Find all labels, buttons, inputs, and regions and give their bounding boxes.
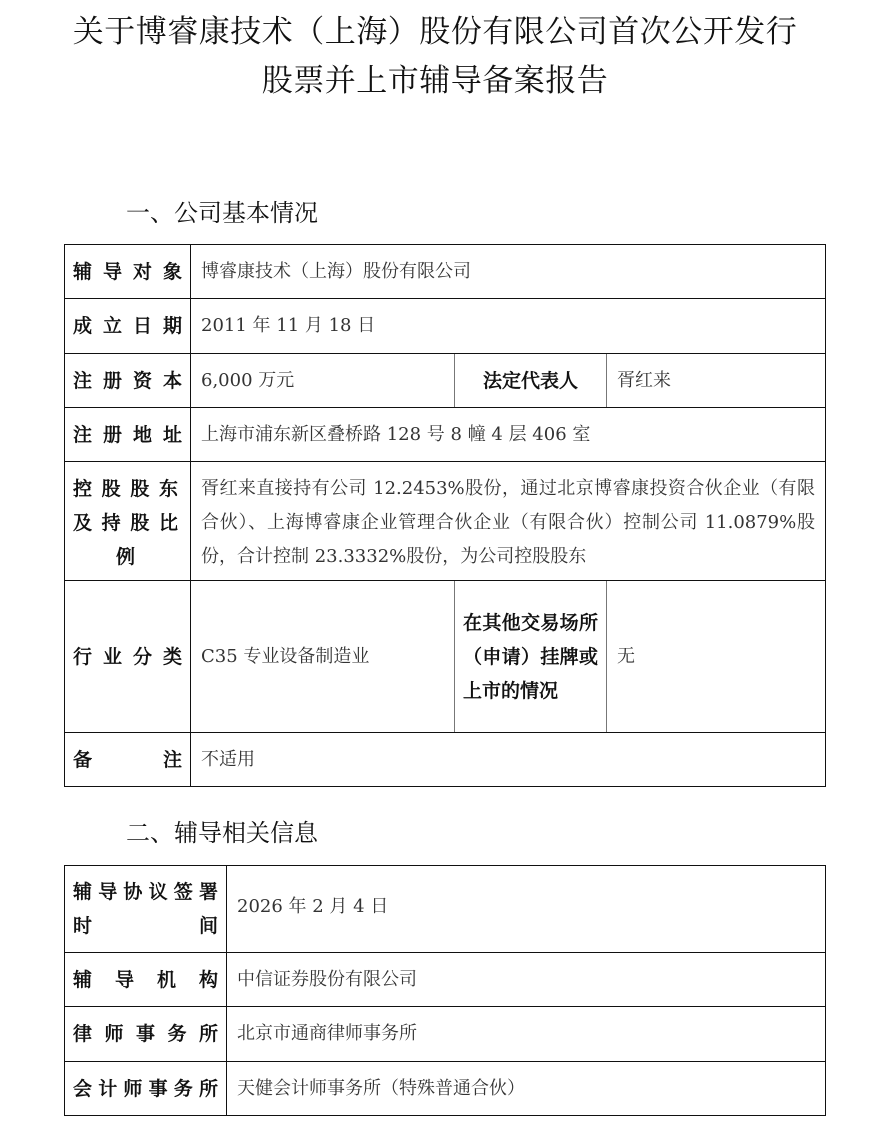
label-industry: 行业分类 — [65, 581, 191, 733]
label-remarks-b: 注 — [163, 743, 182, 777]
value-address: 上海市浦东新区叠桥路 128 号 8 幢 4 层 406 室 — [191, 408, 826, 462]
label-remarks-a: 备 — [73, 743, 92, 777]
label-subject: 辅导对象 — [65, 245, 191, 299]
label-agreement-date-b: 间 — [199, 909, 218, 943]
label-agreement-date: 辅导协议签署 时 间 — [65, 866, 227, 953]
company-basic-info-table: 辅导对象 博睿康技术（上海）股份有限公司 成立日期 2011 年 11 月 18… — [64, 244, 826, 787]
row-address: 注册地址 上海市浦东新区叠桥路 128 号 8 幢 4 层 406 室 — [65, 408, 826, 462]
value-institution: 中信证券股份有限公司 — [227, 953, 826, 1007]
document-title-line1: 关于博睿康技术（上海）股份有限公司首次公开发行 — [0, 6, 870, 58]
label-remarks: 备 注 — [65, 733, 191, 787]
label-controller: 控股股东及持股比例 — [65, 462, 191, 581]
tutoring-info-table: 辅导协议签署 时 间 2026 年 2 月 4 日 辅导机构 中信证券股份有限公… — [64, 865, 826, 1116]
row-law-firm: 律师事务所 北京市通商律师事务所 — [65, 1007, 826, 1062]
value-law-firm: 北京市通商律师事务所 — [227, 1007, 826, 1062]
label-address: 注册地址 — [65, 408, 191, 462]
row-subject: 辅导对象 博睿康技术（上海）股份有限公司 — [65, 245, 826, 299]
row-industry: 行业分类 C35 专业设备制造业 在其他交易场所（申请）挂牌或上市的情况 无 — [65, 581, 826, 733]
row-agreement-date: 辅导协议签署 时 间 2026 年 2 月 4 日 — [65, 866, 826, 953]
value-remarks: 不适用 — [191, 733, 826, 787]
label-legal-rep: 法定代表人 — [455, 354, 607, 408]
value-legal-rep: 胥红来 — [607, 354, 826, 408]
value-founded: 2011 年 11 月 18 日 — [191, 299, 826, 354]
label-institution: 辅导机构 — [65, 953, 227, 1007]
value-accounting-firm: 天健会计师事务所（特殊普通合伙） — [227, 1062, 826, 1116]
row-capital: 注册资本 6,000 万元 法定代表人 胥红来 — [65, 354, 826, 408]
value-industry: C35 专业设备制造业 — [191, 581, 455, 733]
row-accounting-firm: 会计师事务所 天健会计师事务所（特殊普通合伙） — [65, 1062, 826, 1116]
value-agreement-date: 2026 年 2 月 4 日 — [227, 866, 826, 953]
label-founded: 成立日期 — [65, 299, 191, 354]
row-founded: 成立日期 2011 年 11 月 18 日 — [65, 299, 826, 354]
row-controller: 控股股东及持股比例 胥红来直接持有公司 12.2453%股份，通过北京博睿康投资… — [65, 462, 826, 581]
value-controller: 胥红来直接持有公司 12.2453%股份，通过北京博睿康投资合伙企业（有限合伙）… — [191, 462, 826, 581]
label-other-listing: 在其他交易场所（申请）挂牌或上市的情况 — [455, 581, 607, 733]
row-institution: 辅导机构 中信证券股份有限公司 — [65, 953, 826, 1007]
label-capital: 注册资本 — [65, 354, 191, 408]
value-capital: 6,000 万元 — [191, 354, 455, 408]
document-title-line2: 股票并上市辅导备案报告 — [0, 55, 870, 107]
section2-heading: 二、辅导相关信息 — [126, 813, 318, 848]
value-subject: 博睿康技术（上海）股份有限公司 — [191, 245, 826, 299]
value-other-listing: 无 — [607, 581, 826, 733]
label-agreement-date-a: 时 — [73, 909, 92, 943]
label-accounting-firm: 会计师事务所 — [65, 1062, 227, 1116]
row-remarks: 备 注 不适用 — [65, 733, 826, 787]
label-law-firm: 律师事务所 — [65, 1007, 227, 1062]
section1-heading: 一、公司基本情况 — [126, 193, 318, 228]
label-agreement-date-line1: 辅导协议签署 — [73, 875, 218, 909]
